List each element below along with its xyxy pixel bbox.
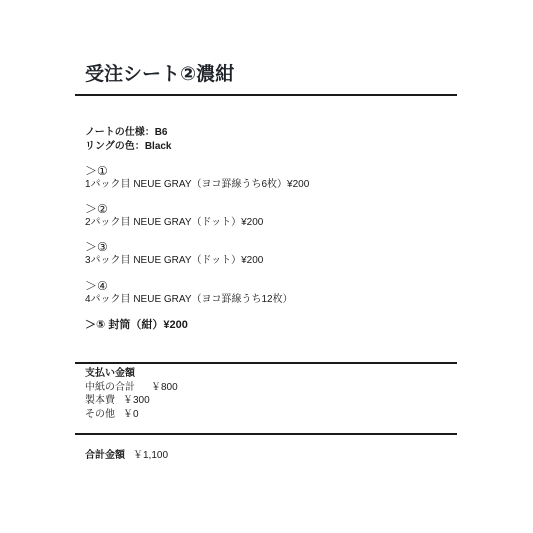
payment-label: 中紙の合計 [85, 382, 135, 393]
payment-row-other: その他￥0 [85, 408, 178, 422]
item-marker: ＞④ [85, 279, 293, 293]
item-marker: ＞⑤ [85, 319, 105, 331]
order-item-3: ＞③ 3パック目 NEUE GRAY（ドット）¥200 [85, 240, 263, 268]
item-description: 2パック目 NEUE GRAY（ドット）¥200 [85, 216, 263, 230]
item-description: 1パック目 NEUE GRAY（ヨコ罫線うち6枚）¥200 [85, 178, 309, 192]
total-label: 合計金額 [85, 450, 125, 461]
note-spec-row: ノートの仕様：B6 [85, 126, 172, 140]
payment-value: ￥0 [123, 409, 139, 420]
payment-divider [75, 362, 457, 364]
payment-row-binding: 製本費￥300 [85, 394, 178, 408]
order-item-2: ＞② 2パック目 NEUE GRAY（ドット）¥200 [85, 202, 263, 230]
item-marker: ＞③ [85, 240, 263, 254]
ring-color-label: リングの色： [85, 141, 145, 152]
payment-value: ￥800 [151, 382, 178, 393]
item-description: 3パック目 NEUE GRAY（ドット）¥200 [85, 254, 263, 268]
total-value: ￥1,100 [133, 450, 168, 461]
spec-section: ノートの仕様：B6 リングの色：Black [85, 126, 172, 154]
item-description: 4パック目 NEUE GRAY（ヨコ罫線うち12枚） [85, 293, 293, 307]
payment-section: 支払い金額 中紙の合計￥800 製本費￥300 その他￥0 [85, 367, 178, 421]
payment-label: その他 [85, 409, 115, 420]
item-marker: ＞① [85, 164, 309, 178]
ring-color-value: Black [145, 141, 172, 152]
order-item-5: ＞⑤ 封筒（紺）¥200 [85, 318, 188, 332]
item-row: ＞⑤ 封筒（紺）¥200 [85, 318, 188, 332]
payment-row-paper: 中紙の合計￥800 [85, 381, 178, 395]
page-title: 受注シート②濃紺 [85, 63, 234, 87]
payment-label: 製本費 [85, 395, 115, 406]
order-item-4: ＞④ 4パック目 NEUE GRAY（ヨコ罫線うち12枚） [85, 279, 293, 307]
payment-value: ￥300 [123, 395, 150, 406]
total-row: 合計金額￥1,100 [85, 449, 168, 463]
order-item-1: ＞① 1パック目 NEUE GRAY（ヨコ罫線うち6枚）¥200 [85, 164, 309, 192]
title-divider [75, 94, 457, 96]
total-section: 合計金額￥1,100 [85, 449, 168, 463]
total-divider [75, 433, 457, 435]
note-spec-label: ノートの仕様： [85, 127, 155, 138]
item-marker: ＞② [85, 202, 263, 216]
ring-color-row: リングの色：Black [85, 140, 172, 154]
item-description: 封筒（紺）¥200 [108, 319, 187, 331]
payment-heading: 支払い金額 [85, 367, 178, 381]
note-spec-value: B6 [155, 127, 168, 138]
